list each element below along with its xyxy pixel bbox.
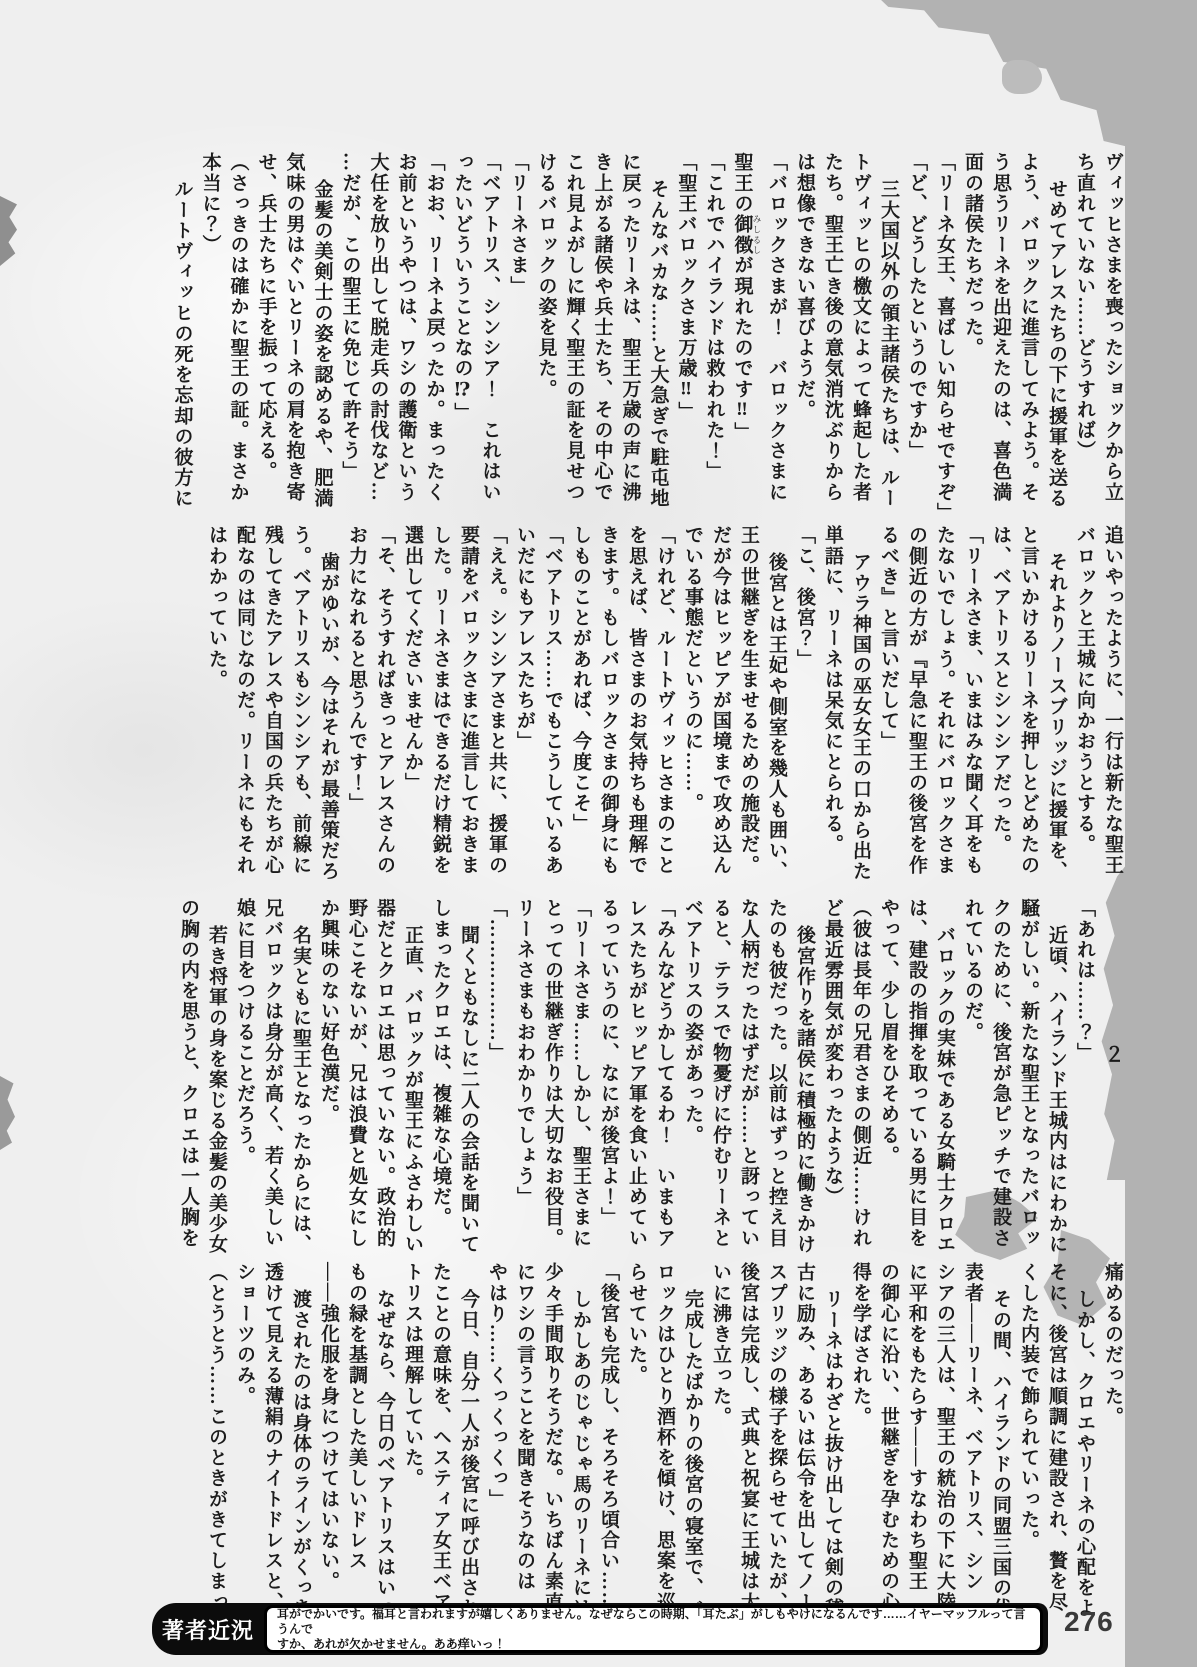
text-run: 聖王の bbox=[732, 152, 753, 214]
text-column: それよりノースブリッジに援軍を、 bbox=[1042, 525, 1070, 877]
text-column: 完成したばかりの後宮の寝室で、バ bbox=[678, 1262, 706, 1614]
text-column: 選出してくださいませんか」 bbox=[398, 525, 426, 877]
text-column: アウラ神国の巫女女王の口から出た bbox=[846, 525, 874, 877]
text-column: を思えば、皆さまのお気持ちも理解で bbox=[622, 525, 650, 877]
text-column: の胸の内を思うと、クロエは一人胸を bbox=[174, 898, 202, 1250]
text-column: 古に励み、あるいは伝令を出してノー bbox=[790, 1262, 818, 1614]
text-column: 今日、自分一人が後宮に呼び出され bbox=[454, 1262, 482, 1614]
text-column: ――強化服を身につけてはいない。 bbox=[314, 1262, 342, 1614]
text-column: ち直れていない……どうすれば） bbox=[1070, 152, 1098, 504]
text-column: う思うリーネを出迎えたのは、喜色満 bbox=[986, 152, 1014, 504]
text-column: 正直、バロックが聖王にふさわしい bbox=[398, 898, 426, 1250]
text-column: 「こ、後宮？」 bbox=[790, 525, 818, 877]
text-column: 気味の男はぐいとリーネの肩を抱き寄 bbox=[280, 152, 308, 504]
text-column: 「ええ。シンシアさまと共に、援軍の bbox=[482, 525, 510, 877]
text-run: が現れたのです‼」 bbox=[732, 255, 753, 442]
text-column: 少々手間取りそうだな。いちばん素直 bbox=[538, 1262, 566, 1614]
text-column: 本当に？） bbox=[196, 152, 224, 504]
text-column: れているのだ。 bbox=[958, 898, 986, 1250]
text-column: せめてアレスたちの下に援軍を送る bbox=[1042, 152, 1070, 504]
text-column: にワシの言うことを聞きそうなのは bbox=[510, 1262, 538, 1614]
text-column: 「リーネ女王、喜ばしい知らせですぞ」 bbox=[930, 152, 958, 504]
text-column: 聞くともなしに二人の会話を聞いて bbox=[454, 898, 482, 1250]
text-column: 歯がゆいが、今はそれが最善策だろ bbox=[314, 525, 342, 877]
text-column: の側近の方が『早急に聖王の後宮を作 bbox=[902, 525, 930, 877]
text-column: たないでしょう。それにバロックさま bbox=[930, 525, 958, 877]
text-column: した。リーネさまはできるだけ精鋭を bbox=[426, 525, 454, 877]
text-column: トリスは理解していた。 bbox=[398, 1262, 426, 1614]
text-column: ヴィッヒさまを喪ったショックから立 bbox=[1098, 152, 1126, 504]
text-column: 「リーネさま」 bbox=[504, 152, 532, 504]
text-column: 名実ともに聖王となったからには、 bbox=[286, 898, 314, 1250]
text-column: 渡されたのは身体のラインがくっきり bbox=[286, 1262, 314, 1614]
text-column: バロックと王城に向かおうとする。 bbox=[1070, 525, 1098, 877]
text-column: 要請をバロックさまに進言しておきま bbox=[454, 525, 482, 877]
text-column: 「みんなどうかしてるわ！ いまもア bbox=[650, 898, 678, 1250]
text-column: しものことがあれば、今度こそ」 bbox=[566, 525, 594, 877]
text-column: に戻ったリーネは、聖王万歳の声に沸 bbox=[616, 152, 644, 504]
text-column: 器だとクロエは思っていない。政治的 bbox=[370, 898, 398, 1250]
text-column: 兄バロックは身分が高く、若く美しい bbox=[258, 898, 286, 1250]
text-column: けるバロックの姿を見た。 bbox=[532, 152, 560, 504]
text-column: そに、後宮は順調に建設され、贅を尽 bbox=[1042, 1262, 1070, 1614]
text-column: るべき』と言いだして」 bbox=[874, 525, 902, 877]
text-column: ど最近雰囲気が変わったような） bbox=[818, 898, 846, 1250]
text-band-1: ヴィッヒさまを喪ったショックから立ち直れていない……どうすれば）せめてアレスたち… bbox=[168, 152, 1127, 504]
text-column: な人柄だったはずだが……と訝ってい bbox=[734, 898, 762, 1250]
text-column: なぜなら、今日のベアトリスはいつ bbox=[370, 1262, 398, 1614]
text-column: う。ベアトリスもシンシアも、前線に bbox=[286, 525, 314, 877]
text-column: 単語に、リーネは呆気にとられる。 bbox=[818, 525, 846, 877]
text-column: 後宮とは王妃や側室を幾人も囲い、 bbox=[762, 525, 790, 877]
text-column: （とうとう……このときがきてしまっ bbox=[202, 1262, 230, 1614]
text-column: お前というやつは、ワシの護衛という bbox=[392, 152, 420, 504]
text-column: ルートヴィッヒの死を忘却の彼方に bbox=[168, 152, 196, 504]
text-column: リーネはわざと抜け出しては剣の稽 bbox=[818, 1262, 846, 1614]
text-column: （さっきのは確かに聖王の証。まさか bbox=[224, 152, 252, 504]
text-band-4: 痛めるのだった。しかし、クロエやリーネの心配をよそに、後宮は順調に建設され、贅を… bbox=[202, 1262, 1126, 1614]
text-column: はわかっていた。 bbox=[202, 525, 230, 877]
text-column: 娘に目をつけることだろう。 bbox=[230, 898, 258, 1250]
text-column: 「おお、リーネよ戻ったか。まったく bbox=[420, 152, 448, 504]
text-column: 「けれど、ルートヴィッヒさまのこと bbox=[650, 525, 678, 877]
map-watermark-island bbox=[1002, 60, 1042, 94]
text-column: 追いやったように、一行は新たな聖王 bbox=[1098, 525, 1126, 877]
text-column: 「ベアトリス、シンシア！ これはい bbox=[476, 152, 504, 504]
author-note-line1: 耳がでかいです。福耳と言われますが嬉しくありません。なぜならこの時期、「耳たぶ」… bbox=[277, 1607, 1030, 1637]
text-column: いに沸き立った。 bbox=[706, 1262, 734, 1614]
text-column: スプリッジの様子を探らせていたが、 bbox=[762, 1262, 790, 1614]
text-column: 配なのは同じなのだ。リーネにもそれ bbox=[230, 525, 258, 877]
text-column: そんなバカな……と大急ぎで駐屯地 bbox=[644, 152, 672, 504]
text-column: ベアトリスの姿があった。 bbox=[678, 898, 706, 1250]
text-column: やはり……くっくっくっ」 bbox=[482, 1262, 510, 1614]
ruby-text: みしるし bbox=[752, 214, 762, 255]
text-column: は想像できない喜びようだ。 bbox=[790, 152, 818, 504]
text-column: 野心こそないが、兄は浪費と処女にし bbox=[342, 898, 370, 1250]
text-column: これ見よがしに輝く聖王の証を見せつ bbox=[560, 152, 588, 504]
text-column: ると、テラスで物憂げに佇むリーネと bbox=[706, 898, 734, 1250]
author-note-label: 著者近況 bbox=[152, 1614, 264, 1645]
text-column: 大任を放り出して脱走兵の討伐など… bbox=[364, 152, 392, 504]
text-column: 「バロックさまが！ バロックさまに bbox=[762, 152, 790, 504]
text-column: （彼は長年の兄君さまの側近……けれ bbox=[846, 898, 874, 1250]
text-column: とっての世継ぎ作りは大切なお役目。 bbox=[538, 898, 566, 1250]
text-column: 「聖王バロックさま万歳‼」 bbox=[672, 152, 700, 504]
author-note-box: 耳がでかいです。福耳と言われますが嬉しくありません。なぜならこの時期、「耳たぶ」… bbox=[264, 1605, 1043, 1653]
text-column: 「そ、そうすればきっとアレスさんの bbox=[370, 525, 398, 877]
text-column: 表者――リーネ、ベアトリス、シン bbox=[958, 1262, 986, 1614]
text-column: もの緑を基調とした美しいドレス bbox=[342, 1262, 370, 1614]
page-number: 276 bbox=[1064, 1606, 1124, 1638]
text-column: やって、少し眉をひそめる。 bbox=[874, 898, 902, 1250]
section-number: ２ bbox=[1098, 898, 1126, 1250]
text-column: 騒がしい。新たな聖王となったバロッ bbox=[1014, 898, 1042, 1250]
text-column: トヴィッヒの檄文によって蜂起した者 bbox=[846, 152, 874, 504]
text-column: 「これでハイランドは救われた！」 bbox=[700, 152, 728, 504]
text-band-3: ２「あれは……？」近頃、ハイランド王城内はにわかに騒がしい。新たな聖王となったバ… bbox=[174, 898, 1126, 1250]
text-column: 「………………」 bbox=[482, 898, 510, 1250]
text-column: しかしあのじゃじゃ馬のリーネには bbox=[566, 1262, 594, 1614]
text-column: でいる事態だというのに……。 bbox=[678, 525, 706, 877]
text-column: は、ベアトリスとシンシアだった。 bbox=[986, 525, 1014, 877]
text-column: 面の諸侯たちだった。 bbox=[958, 152, 986, 504]
text-column: は、建設の指揮を取っている男に目を bbox=[902, 898, 930, 1250]
novel-page: { "page": { "number": "276" }, "footer":… bbox=[0, 0, 1197, 1667]
text-column: 「あれは……？」 bbox=[1070, 898, 1098, 1250]
text-column: 透けて見える薄絹のナイトドレスと、 bbox=[258, 1262, 286, 1614]
text-column: くした内装で飾られていった。 bbox=[1014, 1262, 1042, 1614]
text-column: らせていた。 bbox=[622, 1262, 650, 1614]
text-column: クのために、後宮が急ピッチで建設さ bbox=[986, 898, 1014, 1250]
text-column: シアの三人は、聖王の統治の下に大陸 bbox=[930, 1262, 958, 1614]
text-column: の御心に沿い、世継ぎを孕むための心 bbox=[874, 1262, 902, 1614]
text-column: バロックの実妹である女騎士クロエ bbox=[930, 898, 958, 1250]
text-column: よう、バロックに進言してみよう。そ bbox=[1014, 152, 1042, 504]
text-column: 痛めるのだった。 bbox=[1098, 1262, 1126, 1614]
furigana-ruby: 御徴みしるし bbox=[732, 214, 753, 255]
text-column: るっていうのに、なにが後宮よ！」 bbox=[594, 898, 622, 1250]
text-column: 若き将軍の身を案じる金髪の美少女 bbox=[202, 898, 230, 1250]
text-column: ショーツのみ。 bbox=[230, 1262, 258, 1614]
text-column: 後宮は完成し、式典と祝宴に王城は大 bbox=[734, 1262, 762, 1614]
text-column: ったいどういうことなの⁉」 bbox=[448, 152, 476, 504]
text-column: しまったクロエは、複雑な心境だ。 bbox=[426, 898, 454, 1250]
text-column: お力になれると思うんです！」 bbox=[342, 525, 370, 877]
text-column: …だが、この聖王に免じて許そう」 bbox=[336, 152, 364, 504]
text-column: レスたちがヒッピア軍を食い止めてい bbox=[622, 898, 650, 1250]
text-column: だが今はヒッピアが国境まで攻め込ん bbox=[706, 525, 734, 877]
text-column: か興味のない好色漢だ。 bbox=[314, 898, 342, 1250]
text-column: せ、兵士たちに手を振って応える。 bbox=[252, 152, 280, 504]
text-column: しかし、クロエやリーネの心配をよ bbox=[1070, 1262, 1098, 1614]
text-column: たのも彼だった。以前はずっと控え目 bbox=[762, 898, 790, 1250]
text-column: 金髪の美剣士の姿を認めるや、肥満 bbox=[308, 152, 336, 504]
text-column: たことの意味を、ヘスティア女王ベア bbox=[426, 1262, 454, 1614]
text-column: 王の世継ぎを生ませるための施設だ。 bbox=[734, 525, 762, 877]
text-column: いだにもアレスたちが」 bbox=[510, 525, 538, 877]
text-column: きます。もしバロックさまの御身にも bbox=[594, 525, 622, 877]
text-column: リーネさまもおわかりでしょう」 bbox=[510, 898, 538, 1250]
text-column: 後宮作りを諸侯に積極的に働きかけ bbox=[790, 898, 818, 1250]
text-column: 聖王の御徴みしるしが現れたのです‼」 bbox=[728, 152, 763, 504]
text-column: 「リーネさま、いまはみな聞く耳をも bbox=[958, 525, 986, 877]
text-column: ロックはひとり酒杯を傾け、思案を巡 bbox=[650, 1262, 678, 1614]
text-column: 「ど、どうしたというのですか」 bbox=[902, 152, 930, 504]
text-column: たち。聖王亡き後の意気消沈ぶりから bbox=[818, 152, 846, 504]
author-note-bar: 著者近況 耳がでかいです。福耳と言われますが嬉しくありません。なぜならこの時期、… bbox=[152, 1603, 1048, 1655]
text-column: 残してきたアレスや自国の兵たちが心 bbox=[258, 525, 286, 877]
text-column: 「リーネさま……しかし、聖王さまに bbox=[566, 898, 594, 1250]
text-column: に平和をもたらす――すなわち聖王 bbox=[902, 1262, 930, 1614]
author-note-line2: すか、あれが欠かせません。ああ痒いっ！ bbox=[277, 1637, 1030, 1652]
text-column: その間、ハイランドの同盟三国の代 bbox=[986, 1262, 1014, 1614]
text-column: 近頃、ハイランド王城内はにわかに bbox=[1042, 898, 1070, 1250]
text-column: 得を学ばされた。 bbox=[846, 1262, 874, 1614]
page-edge-shadow bbox=[1125, 0, 1197, 1667]
text-column: 「ベアトリス……でもこうしているあ bbox=[538, 525, 566, 877]
text-column: 「後宮も完成し、そろそろ頃合い…… bbox=[594, 1262, 622, 1614]
text-column: 三大国以外の領主諸侯たちは、ルー bbox=[874, 152, 902, 504]
text-band-2: 追いやったように、一行は新たな聖王バロックと王城に向かおうとする。それよりノース… bbox=[202, 525, 1126, 877]
text-column: き上がる諸侯や兵士たち、その中心で bbox=[588, 152, 616, 504]
ruby-base: 御徴 bbox=[732, 214, 753, 255]
text-column: と言いかけるリーネを押しとどめたの bbox=[1014, 525, 1042, 877]
